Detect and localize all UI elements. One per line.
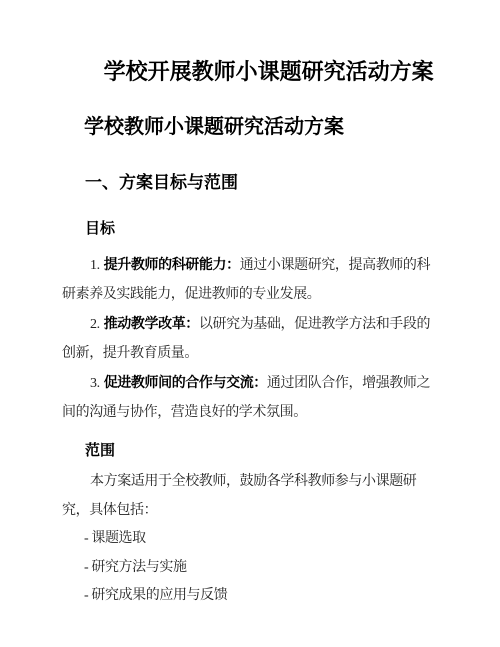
goal-item-2: 2.推动教学改革：以研究为基础，促进教学方法和手段的创新，提升教育质量。 xyxy=(62,309,440,368)
goals-heading: 目标 xyxy=(85,218,440,239)
section-heading-goals-and-scope: 一、方案目标与范围 xyxy=(85,171,440,194)
document-title: 学校开展教师小课题研究活动方案 xyxy=(62,58,440,86)
goal-item-2-number: 2. xyxy=(90,317,100,332)
goal-item-2-label: 推动教学改革： xyxy=(104,315,199,331)
goal-item-1-label: 提升教师的科研能力： xyxy=(104,256,240,272)
goal-item-3: 3.促进教师间的合作与交流：通过团队合作，增强教师之间的沟通与协作，营造良好的学… xyxy=(62,368,440,427)
scope-bullet-research-methods: - 研究方法与实施 xyxy=(84,554,440,583)
goal-item-1: 1.提升教师的科研能力：通过小课题研究，提高教师的科研素养及实践能力，促进教师的… xyxy=(62,250,440,309)
document-page: 学校开展教师小课题研究活动方案 学校教师小课题研究活动方案 一、方案目标与范围 … xyxy=(0,0,500,647)
scope-bullet-results-application: - 研究成果的应用与反馈 xyxy=(84,582,440,611)
scope-bullet-topic-selection: - 课题选取 xyxy=(84,525,440,554)
scope-intro: 本方案适用于全校教师，鼓励各学科教师参与小课题研究，具体包括： xyxy=(62,468,440,525)
goal-item-3-label: 促进教师间的合作与交流： xyxy=(104,374,267,390)
goal-item-1-number: 1. xyxy=(90,258,100,273)
goal-item-3-number: 3. xyxy=(90,376,100,391)
document-subtitle: 学校教师小课题研究活动方案 xyxy=(84,114,440,140)
scope-heading: 范围 xyxy=(85,440,440,461)
